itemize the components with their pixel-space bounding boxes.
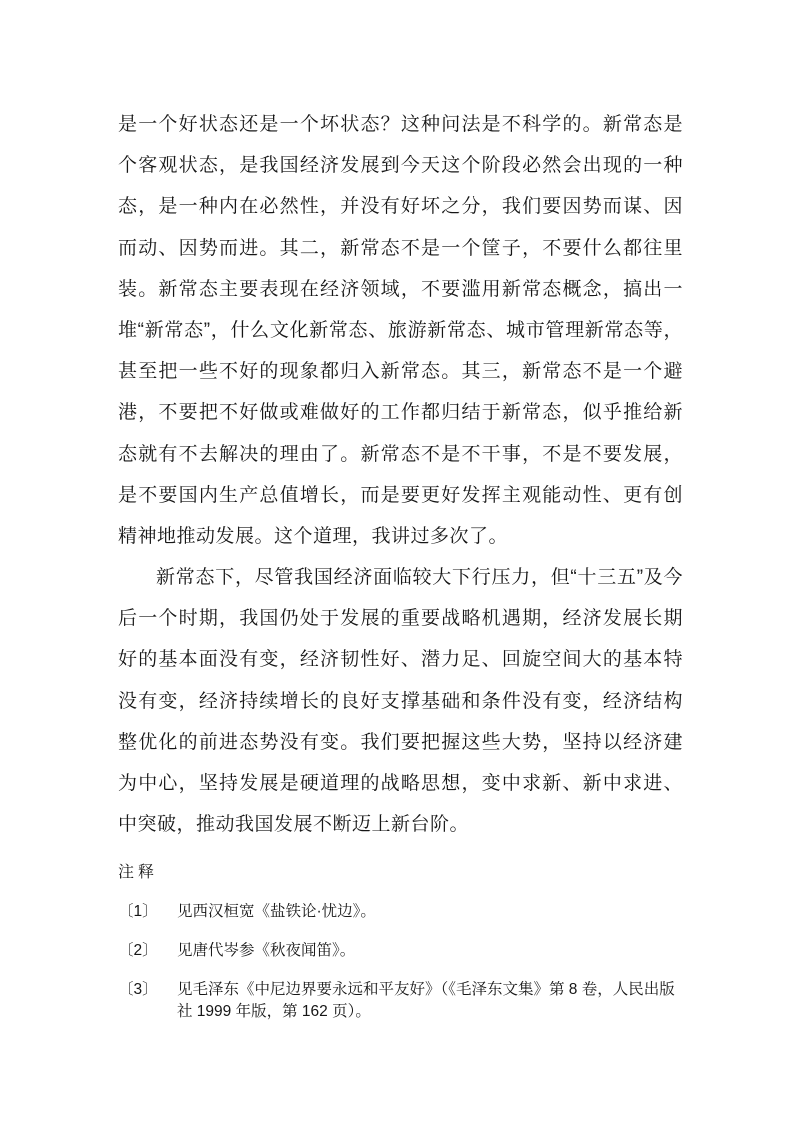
text-line: 甚至把一些不好的现象都归入新常态。其三，新常态不是一个避风	[118, 351, 683, 392]
footnote-item: 〔2〕 见唐代岑参《秋夜闻笛》。	[118, 940, 683, 962]
footnote-text: 见毛泽东《中尼边界要永远和平友好》（《毛泽东文集》第 8 卷，人民出版社 199…	[177, 979, 683, 1023]
text-line: 精神地推动发展。这个道理，我讲过多次了。	[118, 516, 683, 557]
text-line: 装。新常态主要表现在经济领域，不要滥用新常态概念，搞出一大	[118, 269, 683, 310]
paragraph-1: 是一个好状态还是一个坏状态？这种问法是不科学的。新常态是一 个客观状态，是我国经…	[118, 104, 683, 557]
footnote-text: 见唐代岑参《秋夜闻笛》。	[177, 940, 683, 962]
footnote-text: 见西汉桓宽《盐铁论·忧边》。	[177, 901, 683, 923]
notes-section: 注释 〔1〕 见西汉桓宽《盐铁论·忧边》。 〔2〕 见唐代岑参《秋夜闻笛》。 〔…	[118, 862, 683, 1023]
page-body: 是一个好状态还是一个坏状态？这种问法是不科学的。新常态是一 个客观状态，是我国经…	[118, 104, 683, 845]
notes-heading: 注释	[118, 862, 683, 884]
text-line: 整优化的前进态势没有变。我们要把握这些大势，坚持以经济建设	[118, 722, 683, 763]
text-line: 是一个好状态还是一个坏状态？这种问法是不科学的。新常态是一	[118, 104, 683, 145]
text-line: 而动、因势而进。其二，新常态不是一个筐子，不要什么都往里面	[118, 228, 683, 269]
text-line: 好的基本面没有变，经济韧性好、潜力足、回旋空间大的基本特质	[118, 639, 683, 680]
text-line: 中突破，推动我国发展不断迈上新台阶。	[118, 804, 683, 845]
document-page: 是一个好状态还是一个坏状态？这种问法是不科学的。新常态是一 个客观状态，是我国经…	[0, 0, 800, 1130]
text-line: 新常态下，尽管我国经济面临较大下行压力，但“十三五”及今	[118, 557, 683, 598]
text-line: 后一个时期，我国仍处于发展的重要战略机遇期，经济发展长期向	[118, 598, 683, 639]
text-line: 态就有不去解决的理由了。新常态不是不干事，不是不要发展，不	[118, 434, 683, 475]
footnote-marker: 〔1〕	[118, 901, 177, 923]
text-line: 没有变，经济持续增长的良好支撑基础和条件没有变，经济结构调	[118, 681, 683, 722]
text-line: 个客观状态，是我国经济发展到今天这个阶段必然会出现的一种状	[118, 145, 683, 186]
text-line: 是不要国内生产总值增长，而是要更好发挥主观能动性、更有创造	[118, 475, 683, 516]
footnote-marker: 〔3〕	[118, 979, 177, 1023]
text-line: 态，是一种内在必然性，并没有好坏之分，我们要因势而谋、因势	[118, 186, 683, 227]
text-line: 港，不要把不好做或难做好的工作都归结于新常态，似乎推给新常	[118, 392, 683, 433]
footnote-item: 〔1〕 见西汉桓宽《盐铁论·忧边》。	[118, 901, 683, 923]
footnote-item: 〔3〕 见毛泽东《中尼边界要永远和平友好》（《毛泽东文集》第 8 卷，人民出版社…	[118, 979, 683, 1023]
paragraph-2: 新常态下，尽管我国经济面临较大下行压力，但“十三五”及今 后一个时期，我国仍处于…	[118, 557, 683, 845]
text-line: 为中心，坚持发展是硬道理的战略思想，变中求新、新中求进、进	[118, 763, 683, 804]
text-line: 堆“新常态”，什么文化新常态、旅游新常态、城市管理新常态等，	[118, 310, 683, 351]
footnote-marker: 〔2〕	[118, 940, 177, 962]
